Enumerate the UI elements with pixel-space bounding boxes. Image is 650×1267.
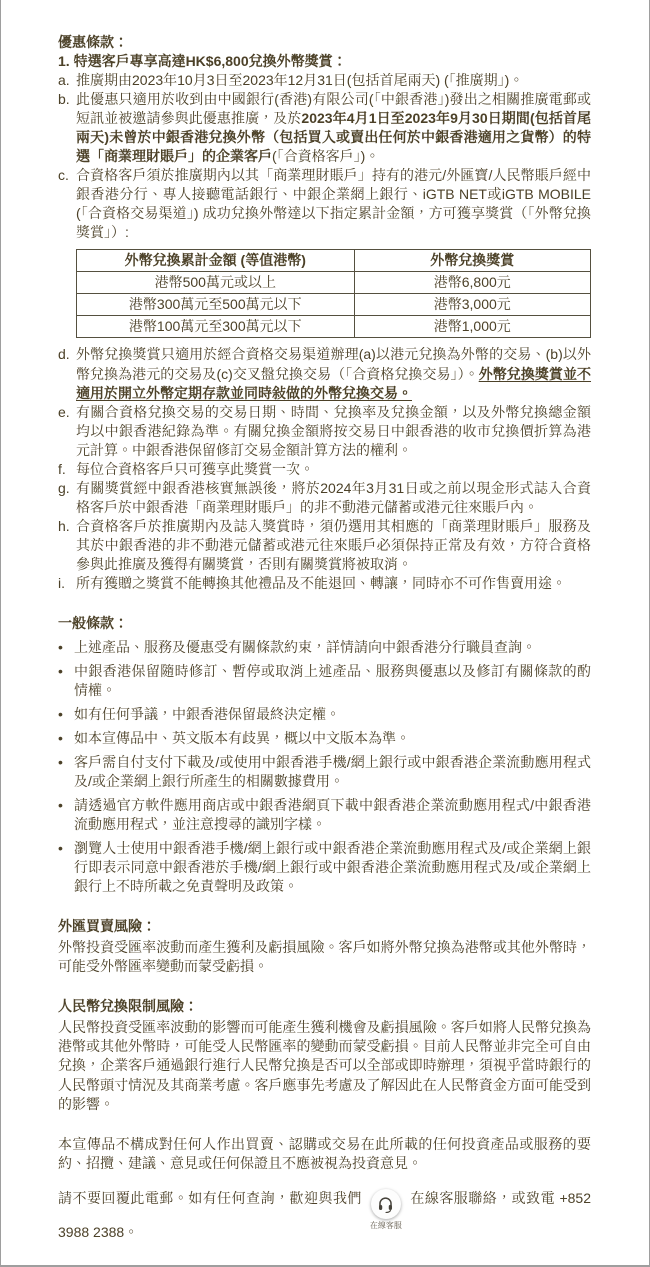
term-marker: e. — [58, 403, 76, 460]
bullet-icon: • — [58, 662, 74, 700]
general-term-item: • 客戶需自付支付下載及/或使用中銀香港手機/網上銀行或中銀香港企業流動應用程式… — [58, 753, 591, 791]
fx-reward-table: 外幣兌換累計金額 (等值港幣) 外幣兌換獎賞 港幣500萬元或以上 港幣6,80… — [76, 249, 591, 338]
terms-list-a-c: a. 推廣期由2023年10月3日至2023年12月31日(包括首尾兩天) (「… — [58, 71, 591, 242]
general-term-item: • 請透過官方軟件應用商店或中銀香港網頁下載中銀香港企業流動應用程式/中銀香港流… — [58, 796, 591, 834]
term-text: 合資格客戶於推廣期內及誌入獎賞時，須仍選用其相應的「商業理財賬戶」服務及其於中銀… — [76, 517, 591, 574]
table-header-row: 外幣兌換累計金額 (等值港幣) 外幣兌換獎賞 — [77, 250, 591, 272]
term-item: e. 有關合資格兌換交易的交易日期、時間、兌換率及兌換金額，以及外幣兌換總金額均… — [58, 403, 591, 460]
term-text: 此優惠只適用於收到由中國銀行(香港)有限公司(「中銀香港」)發出之相關推廣電郵或… — [76, 90, 591, 166]
term-marker: a. — [58, 71, 76, 90]
disclaimer-section: 本宣傳品不構成對任何人作出買賣、認購或交易在此所載的任何投資產品或服務的要約、招… — [58, 1135, 591, 1173]
term-marker: c. — [58, 166, 76, 242]
general-term-item: • 瀏覽人士使用中銀香港手機/網上銀行或中銀香港企業流動應用程式及/或企業網上銀… — [58, 839, 591, 896]
disclaimer-text: 本宣傳品不構成對任何人作出買賣、認購或交易在此所載的任何投資產品或服務的要約、招… — [58, 1135, 591, 1173]
bullet-icon: • — [58, 753, 74, 791]
cell-reward: 港幣1,000元 — [354, 316, 590, 338]
general-term-text: 如本宣傳品中、英文版本有歧異，概以中文版本為準。 — [74, 729, 591, 748]
general-term-item: • 如有任何爭議，中銀香港保留最終決定權。 — [58, 705, 591, 724]
general-term-text: 上述產品、服務及優惠受有關條款約束，詳情請向中銀香港分行職員查詢。 — [74, 638, 591, 657]
promo-terms-section: 優惠條款： 1. 特選客戶專享高達HK$6,800兌換外幣獎賞： a. 推廣期由… — [58, 33, 591, 593]
general-term-text: 客戶需自付支付下載及/或使用中銀香港手機/網上銀行或中銀香港企業流動應用程式及/… — [74, 753, 591, 791]
term-marker: d. — [58, 345, 76, 402]
bullet-icon: • — [58, 839, 74, 896]
offer-heading: 1. 特選客戶專享高達HK$6,800兌換外幣獎賞： — [58, 52, 591, 71]
term-marker: b. — [58, 90, 76, 166]
cell-amount: 港幣300萬元至500萬元以下 — [77, 294, 355, 316]
general-term-text: 請透過官方軟件應用商店或中銀香港網頁下載中銀香港企業流動應用程式/中銀香港流動應… — [74, 796, 591, 834]
terms-list-d-i: d. 外幣兌換獎賞只適用於經合資格交易渠道辦理(a)以港元兌換為外幣的交易、(b… — [58, 345, 591, 592]
term-item: c. 合資格客戶須於推廣期內以其「商業理財賬戶」持有的港元/外匯寶/人民幣賬戶經… — [58, 166, 591, 242]
general-term-text: 如有任何爭議，中銀香港保留最終決定權。 — [74, 705, 591, 724]
term-text: 合資格客戶須於推廣期內以其「商業理財賬戶」持有的港元/外匯寶/人民幣賬戶經中銀香… — [76, 166, 591, 242]
footer-note: 請不要回覆此電郵。如有任何查詢，歡迎與我們 在線客服 在線客服聯絡，或致電 +8… — [58, 1189, 591, 1243]
term-text: 有關獎賞經中銀香港核實無誤後，將於2024年3月31日或之前以現金形式誌入合資格… — [76, 479, 591, 517]
term-item: h. 合資格客戶於推廣期內及誌入獎賞時，須仍選用其相應的「商業理財賬戶」服務及其… — [58, 517, 591, 574]
general-terms-section: 一般條款： • 上述產品、服務及優惠受有關條款約束，詳情請向中銀香港分行職員查詢… — [58, 614, 591, 896]
term-item: b. 此優惠只適用於收到由中國銀行(香港)有限公司(「中銀香港」)發出之相關推廣… — [58, 90, 591, 166]
bullet-icon: • — [58, 705, 74, 724]
term-item: g. 有關獎賞經中銀香港核實無誤後，將於2024年3月31日或之前以現金形式誌入… — [58, 479, 591, 517]
term-item: i. 所有獲贈之獎賞不能轉換其他禮品及不能退回、轉讓，同時亦不可作售賣用途。 — [58, 574, 591, 593]
promo-terms-document: 優惠條款： 1. 特選客戶專享高達HK$6,800兌換外幣獎賞： a. 推廣期由… — [0, 0, 650, 1267]
rmb-risk-body: 人民幣投資受匯率波動的影響而可能產生獲利機會及虧損風險。客戶如將人民幣兌換為港幣… — [58, 1018, 591, 1113]
general-term-text: 中銀香港保留隨時修訂、暫停或取消上述產品、服務與優惠以及修訂有關條款的酌情權。 — [74, 662, 591, 700]
fx-risk-section: 外匯買賣風險： 外幣投資受匯率波動而產生獲利及虧損風險。客戶如將外幣兌換為港幣或… — [58, 917, 591, 976]
fx-risk-body: 外幣投資受匯率波動而產生獲利及虧損風險。客戶如將外幣兌換為港幣或其他外幣時，可能… — [58, 938, 591, 976]
bullet-icon: • — [58, 729, 74, 748]
term-text: 推廣期由2023年10月3日至2023年12月31日(包括首尾兩天) (「推廣期… — [76, 71, 591, 90]
table-body: 港幣500萬元或以上 港幣6,800元 港幣300萬元至500萬元以下 港幣3,… — [77, 272, 591, 338]
chat-caption: 在線客服 — [370, 1222, 402, 1230]
table-header-reward: 外幣兌換獎賞 — [354, 250, 590, 272]
term-item: a. 推廣期由2023年10月3日至2023年12月31日(包括首尾兩天) (「… — [58, 71, 591, 90]
cell-amount: 港幣100萬元至300萬元以下 — [77, 316, 355, 338]
term-marker: i. — [58, 574, 76, 593]
general-term-item: • 中銀香港保留隨時修訂、暫停或取消上述產品、服務與優惠以及修訂有關條款的酌情權… — [58, 662, 591, 700]
cell-reward: 港幣3,000元 — [354, 294, 590, 316]
bullet-icon: • — [58, 796, 74, 834]
term-text: 每位合資格客戶只可獲享此獎賞一次。 — [76, 460, 591, 479]
term-marker: h. — [58, 517, 76, 574]
general-terms-list: • 上述產品、服務及優惠受有關條款約束，詳情請向中銀香港分行職員查詢。 • 中銀… — [58, 638, 591, 896]
term-text: 外幣兌換獎賞只適用於經合資格交易渠道辦理(a)以港元兌換為外幣的交易、(b)以外… — [76, 345, 591, 402]
rmb-risk-section: 人民幣兌換限制風險： 人民幣投資受匯率波動的影響而可能產生獲利機會及虧損風險。客… — [58, 997, 591, 1113]
promo-terms-title: 優惠條款： — [58, 33, 591, 52]
cell-amount: 港幣500萬元或以上 — [77, 272, 355, 294]
bullet-icon: • — [58, 638, 74, 657]
term-marker: g. — [58, 479, 76, 517]
table-row: 港幣300萬元至500萬元以下 港幣3,000元 — [77, 294, 591, 316]
term-marker: f. — [58, 460, 76, 479]
online-chat-button[interactable]: 在線客服 — [369, 1189, 403, 1223]
headset-icon — [371, 1189, 401, 1219]
general-terms-title: 一般條款： — [58, 614, 591, 633]
term-item: d. 外幣兌換獎賞只適用於經合資格交易渠道辦理(a)以港元兌換為外幣的交易、(b… — [58, 345, 591, 402]
term-text: 所有獲贈之獎賞不能轉換其他禮品及不能退回、轉讓，同時亦不可作售賣用途。 — [76, 574, 591, 593]
general-term-item: • 上述產品、服務及優惠受有關條款約束，詳情請向中銀香港分行職員查詢。 — [58, 638, 591, 657]
cell-reward: 港幣6,800元 — [354, 272, 590, 294]
term-item: f. 每位合資格客戶只可獲享此獎賞一次。 — [58, 460, 591, 479]
general-term-text: 瀏覽人士使用中銀香港手機/網上銀行或中銀香港企業流動應用程式及/或企業網上銀行即… — [74, 839, 591, 896]
rmb-risk-title: 人民幣兌換限制風險： — [58, 997, 591, 1016]
table-row: 港幣500萬元或以上 港幣6,800元 — [77, 272, 591, 294]
fx-risk-title: 外匯買賣風險： — [58, 917, 591, 936]
footer-text-before: 請不要回覆此電郵。如有任何查詢，歡迎與我們 — [58, 1190, 362, 1206]
term-text: 有關合資格兌換交易的交易日期、時間、兌換率及兌換金額，以及外幣兌換總金額均以中銀… — [76, 403, 591, 460]
table-header-amount: 外幣兌換累計金額 (等值港幣) — [77, 250, 355, 272]
table-row: 港幣100萬元至300萬元以下 港幣1,000元 — [77, 316, 591, 338]
general-term-item: • 如本宣傳品中、英文版本有歧異，概以中文版本為準。 — [58, 729, 591, 748]
